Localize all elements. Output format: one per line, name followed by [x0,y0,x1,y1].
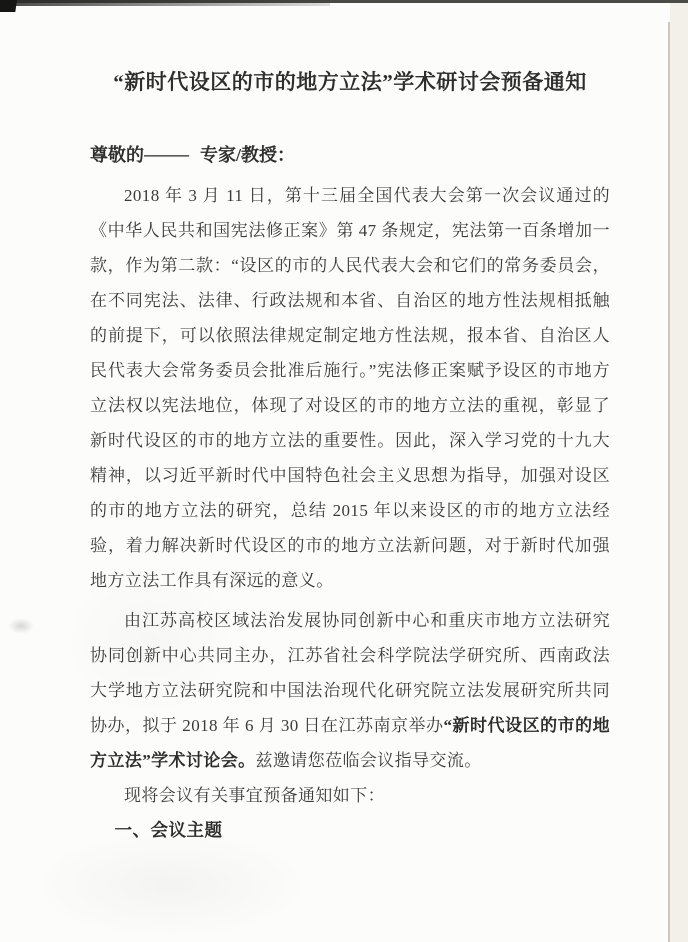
scan-right-margin-band [670,0,688,942]
scan-page-edge-line [668,22,670,942]
document-content: “新时代设区的市的地方立法”学术研讨会预备通知 尊敬的_____专家/教授： 2… [90,0,610,848]
salutation-line: 尊敬的_____专家/教授： [90,135,610,168]
paragraph-notice-intro: 现将会议有关事宜预备通知如下： [90,778,610,813]
paragraph-invitation-text: 兹邀请您莅临会议指导交流。 [256,751,482,770]
scanned-document-page: “新时代设区的市的地方立法”学术研讨会预备通知 尊敬的_____专家/教授： 2… [0,0,688,942]
salutation-prefix: 尊敬的 [90,145,144,165]
document-title: “新时代设区的市的地方立法”学术研讨会预备通知 [90,66,610,98]
scan-smudge [8,618,34,634]
paragraph-organizers: 由江苏高校区域法治发展协同创新中心和重庆市地方立法研究协同创新中心共同主办，江苏… [90,603,610,778]
paragraph-constitution-amendment: 2018 年 3 月 11 日，第十三届全国代表大会第一次会议通过的《中华人民共… [90,178,610,598]
scan-corner-mark [0,0,17,12]
salutation-suffix: 专家/教授： [200,145,295,165]
section-heading-conference-theme: 一、会议主题 [90,813,610,848]
salutation-blank-line: _____ [144,135,200,161]
